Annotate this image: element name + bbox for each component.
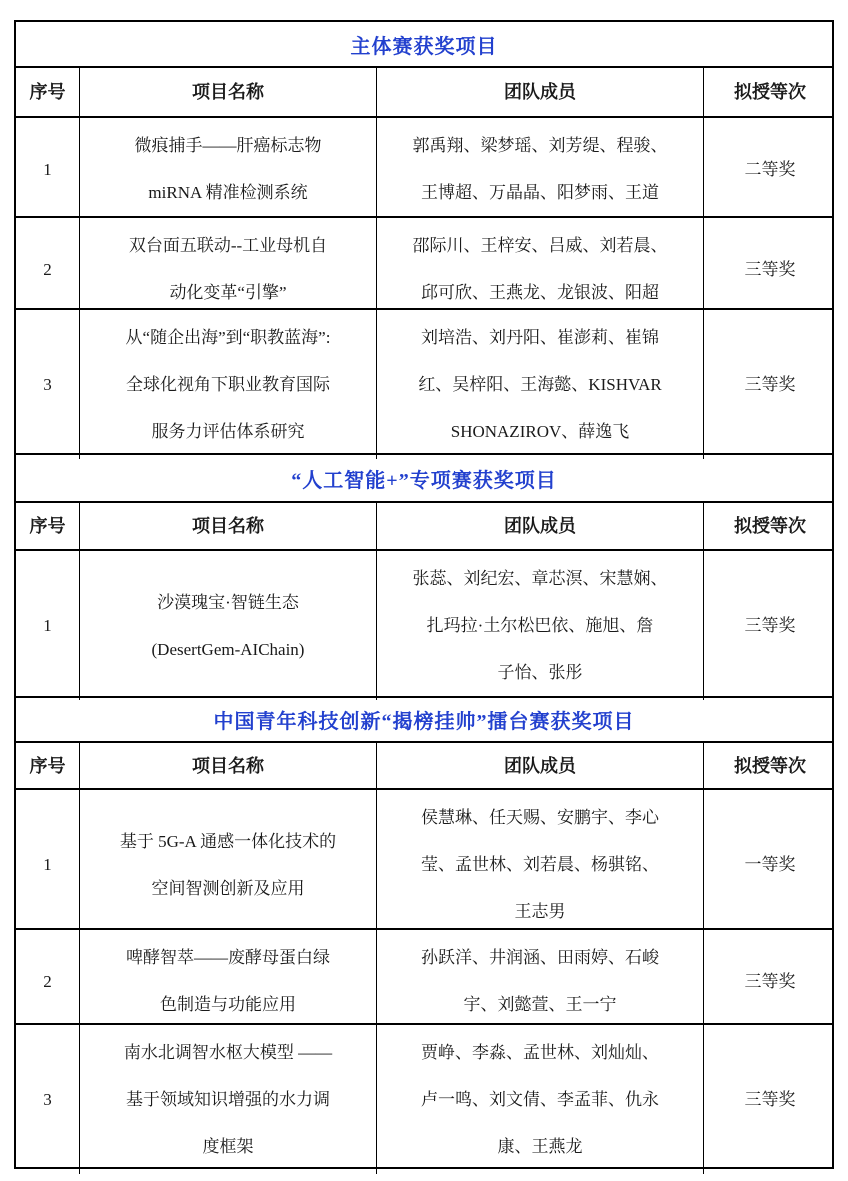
cell-award: 三等奖 bbox=[704, 1025, 836, 1174]
col-header-index: 序号 bbox=[16, 743, 80, 788]
cell-index: 3 bbox=[16, 1025, 80, 1174]
cell-project-name: 基于 5G-A 通感一体化技术的 空间智测创新及应用 bbox=[80, 790, 377, 939]
section-title-text: “人工智能+”专项赛获奖项目 bbox=[291, 464, 556, 493]
cell-members: 刘培浩、刘丹阳、崔澎莉、崔锦 红、吴梓阳、王海懿、KISHVAR SHONAZI… bbox=[377, 310, 704, 459]
col-header-award: 拟授等次 bbox=[704, 503, 836, 549]
table-row: 1 沙漠瑰宝·智链生态 (DesertGem-AIChain) 张蕊、刘纪宏、章… bbox=[16, 551, 832, 698]
cell-index: 2 bbox=[16, 218, 80, 320]
cell-award: 二等奖 bbox=[704, 118, 836, 220]
cell-award: 三等奖 bbox=[704, 930, 836, 1032]
col-header-members: 团队成员 bbox=[377, 743, 704, 788]
cell-members: 邵际川、王梓安、吕威、刘若晨、 邱可欣、王燕龙、龙银波、阳超 bbox=[377, 218, 704, 320]
cell-award: 一等奖 bbox=[704, 790, 836, 939]
cell-index: 1 bbox=[16, 790, 80, 939]
table-row: 1 微痕捕手——肝癌标志物 miRNA 精准检测系统 郭禹翔、梁梦瑶、刘芳缇、程… bbox=[16, 118, 832, 218]
cell-members: 侯慧琳、任天赐、安鹏宇、李心 莹、孟世林、刘若晨、杨骐铭、 王志男 bbox=[377, 790, 704, 939]
cell-project-name: 沙漠瑰宝·智链生态 (DesertGem-AIChain) bbox=[80, 551, 377, 700]
section-title-text: 主体赛获奖项目 bbox=[351, 30, 498, 59]
table-row: 2 啤酵智萃——废酵母蛋白绿 色制造与功能应用 孙跃洋、井润涵、田雨婷、石峻 宇… bbox=[16, 930, 832, 1025]
col-header-members: 团队成员 bbox=[377, 503, 704, 549]
col-header-index: 序号 bbox=[16, 503, 80, 549]
col-header-index: 序号 bbox=[16, 68, 80, 116]
section-title-ai-special-competition: “人工智能+”专项赛获奖项目 bbox=[16, 455, 832, 503]
cell-members: 张蕊、刘纪宏、章芯溟、宋慧娴、 扎玛拉·土尔松巴依、施旭、詹 子怡、张彤 bbox=[377, 551, 704, 700]
header-row: 序号 项目名称 团队成员 拟授等次 bbox=[16, 743, 832, 790]
cell-index: 3 bbox=[16, 310, 80, 459]
col-header-award: 拟授等次 bbox=[704, 743, 836, 788]
header-row: 序号 项目名称 团队成员 拟授等次 bbox=[16, 503, 832, 551]
col-header-award: 拟授等次 bbox=[704, 68, 836, 116]
cell-project-name: 微痕捕手——肝癌标志物 miRNA 精准检测系统 bbox=[80, 118, 377, 220]
col-header-project-name: 项目名称 bbox=[80, 68, 377, 116]
cell-members: 郭禹翔、梁梦瑶、刘芳缇、程骏、 王博超、万晶晶、阳梦雨、王道 bbox=[377, 118, 704, 220]
cell-project-name: 啤酵智萃——废酵母蛋白绿 色制造与功能应用 bbox=[80, 930, 377, 1032]
header-row: 序号 项目名称 团队成员 拟授等次 bbox=[16, 68, 832, 118]
cell-index: 1 bbox=[16, 118, 80, 220]
cell-project-name: 从“随企出海”到“职教蓝海”: 全球化视角下职业教育国际 服务力评估体系研究 bbox=[80, 310, 377, 459]
cell-project-name: 双台面五联动--工业母机自 动化变革“引擎” bbox=[80, 218, 377, 320]
cell-award: 三等奖 bbox=[704, 551, 836, 700]
cell-index: 1 bbox=[16, 551, 80, 700]
col-header-members: 团队成员 bbox=[377, 68, 704, 116]
col-header-project-name: 项目名称 bbox=[80, 743, 377, 788]
cell-award: 三等奖 bbox=[704, 218, 836, 320]
table-row: 1 基于 5G-A 通感一体化技术的 空间智测创新及应用 侯慧琳、任天赐、安鹏宇… bbox=[16, 790, 832, 930]
table-row: 3 南水北调智水枢大模型 —— 基于领域知识增强的水力调 度框架 贾峥、李淼、孟… bbox=[16, 1025, 832, 1167]
cell-index: 2 bbox=[16, 930, 80, 1032]
table-row: 2 双台面五联动--工业母机自 动化变革“引擎” 邵际川、王梓安、吕威、刘若晨、… bbox=[16, 218, 832, 310]
section-title-main-competition: 主体赛获奖项目 bbox=[16, 22, 832, 68]
section-title-text: 中国青年科技创新“揭榜挂帅”擂台赛获奖项目 bbox=[214, 705, 635, 734]
cell-project-name: 南水北调智水枢大模型 —— 基于领域知识增强的水力调 度框架 bbox=[80, 1025, 377, 1174]
section-title-youth-sci-tech-competition: 中国青年科技创新“揭榜挂帅”擂台赛获奖项目 bbox=[16, 698, 832, 743]
cell-members: 孙跃洋、井润涵、田雨婷、石峻 宇、刘懿萱、王一宁 bbox=[377, 930, 704, 1032]
awards-table: 主体赛获奖项目 序号 项目名称 团队成员 拟授等次 1 微痕捕手——肝癌标志物 … bbox=[14, 20, 834, 1169]
cell-members: 贾峥、李淼、孟世林、刘灿灿、 卢一鸣、刘文倩、李孟菲、仇永 康、王燕龙 bbox=[377, 1025, 704, 1174]
col-header-project-name: 项目名称 bbox=[80, 503, 377, 549]
table-row: 3 从“随企出海”到“职教蓝海”: 全球化视角下职业教育国际 服务力评估体系研究… bbox=[16, 310, 832, 455]
cell-award: 三等奖 bbox=[704, 310, 836, 459]
